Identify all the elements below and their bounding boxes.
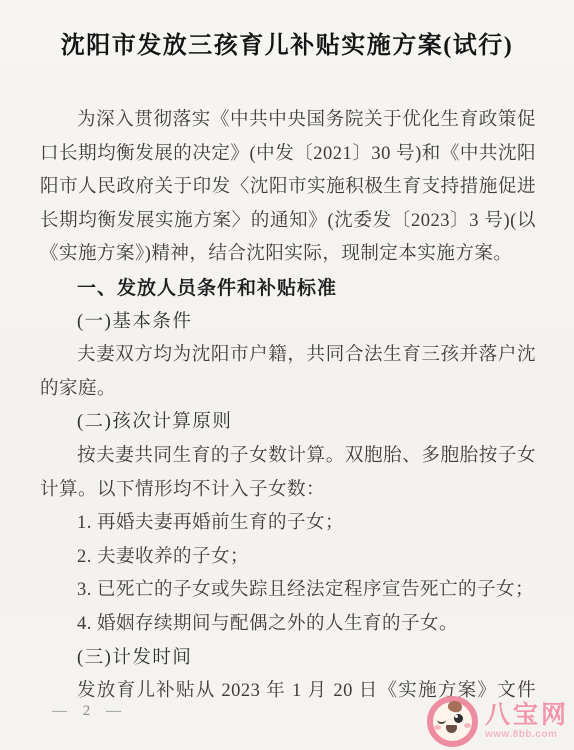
paragraph-line: 计算。以下情形均不计入子女数： (40, 474, 536, 508)
intro-line: 《实施方案》)精神，结合沈阳实际，现制定本实施方案。 (40, 238, 536, 272)
watermark-text: 八宝网 www.8bb.com (485, 702, 569, 741)
cheek-blush-icon (464, 723, 471, 728)
paragraph-line: 按夫妻共同生育的子女数计算。双胞胎、多胞胎按子女个数 (40, 440, 536, 474)
subsection-heading: (三)计发时间 (40, 642, 536, 676)
list-item: 2. 夫妻收养的子女； (40, 541, 536, 575)
paragraph-line: 夫妻双方均为沈阳市户籍，共同合法生育三孩并落户沈阳市 (40, 339, 536, 373)
list-item: 3. 已死亡的子女或失踪且经法定程序宣告死亡的子女； (40, 574, 536, 608)
list-item: 4. 婚姻存续期间与配偶之外的人生育的子女。 (40, 608, 536, 642)
subsection-heading: (一)基本条件 (40, 306, 536, 340)
subsection-heading: (二)孩次计算原则 (40, 406, 536, 440)
baby-face-logo-icon (427, 696, 478, 747)
cheek-blush-icon (434, 725, 441, 730)
list-item: 1. 再婚夫妻再婚前生育的子女； (40, 507, 536, 541)
intro-line: 阳市人民政府关于印发〈沈阳市实施积极生育支持措施促进人口 (40, 171, 536, 205)
scanned-document-page: 沈阳市发放三孩育儿补贴实施方案(试行) 为深入贯彻落实《中共中央国务院关于优化生… (0, 0, 574, 750)
watermark-site-name: 八宝网 (485, 702, 569, 729)
paragraph-line: 的家庭。 (40, 373, 536, 407)
winking-eye-icon (437, 716, 446, 724)
page-number: — 2 — (52, 702, 122, 720)
watermark-site-url: www.8bb.com (485, 729, 557, 741)
baby-hair-icon (447, 700, 463, 714)
section-heading: 一、发放人员条件和补贴标准 (40, 272, 536, 306)
intro-line: 为深入贯彻落实《中共中央国务院关于优化生育政策促进人 (40, 104, 536, 138)
mouth-icon (446, 725, 457, 733)
open-eye-icon (454, 714, 463, 723)
intro-line: 长期均衡发展实施方案〉的通知》(沈委发〔2023〕3 号)(以下简称 (40, 205, 536, 239)
document-body: 为深入贯彻落实《中共中央国务院关于优化生育政策促进人 口长期均衡发展的决定》(中… (40, 104, 536, 709)
watermark: 八宝网 www.8bb.com (427, 696, 569, 747)
document-title: 沈阳市发放三孩育儿补贴实施方案(试行) (0, 30, 574, 62)
intro-line: 口长期均衡发展的决定》(中发〔2021〕30 号)和《中共沈阳市委沈 (40, 138, 536, 172)
